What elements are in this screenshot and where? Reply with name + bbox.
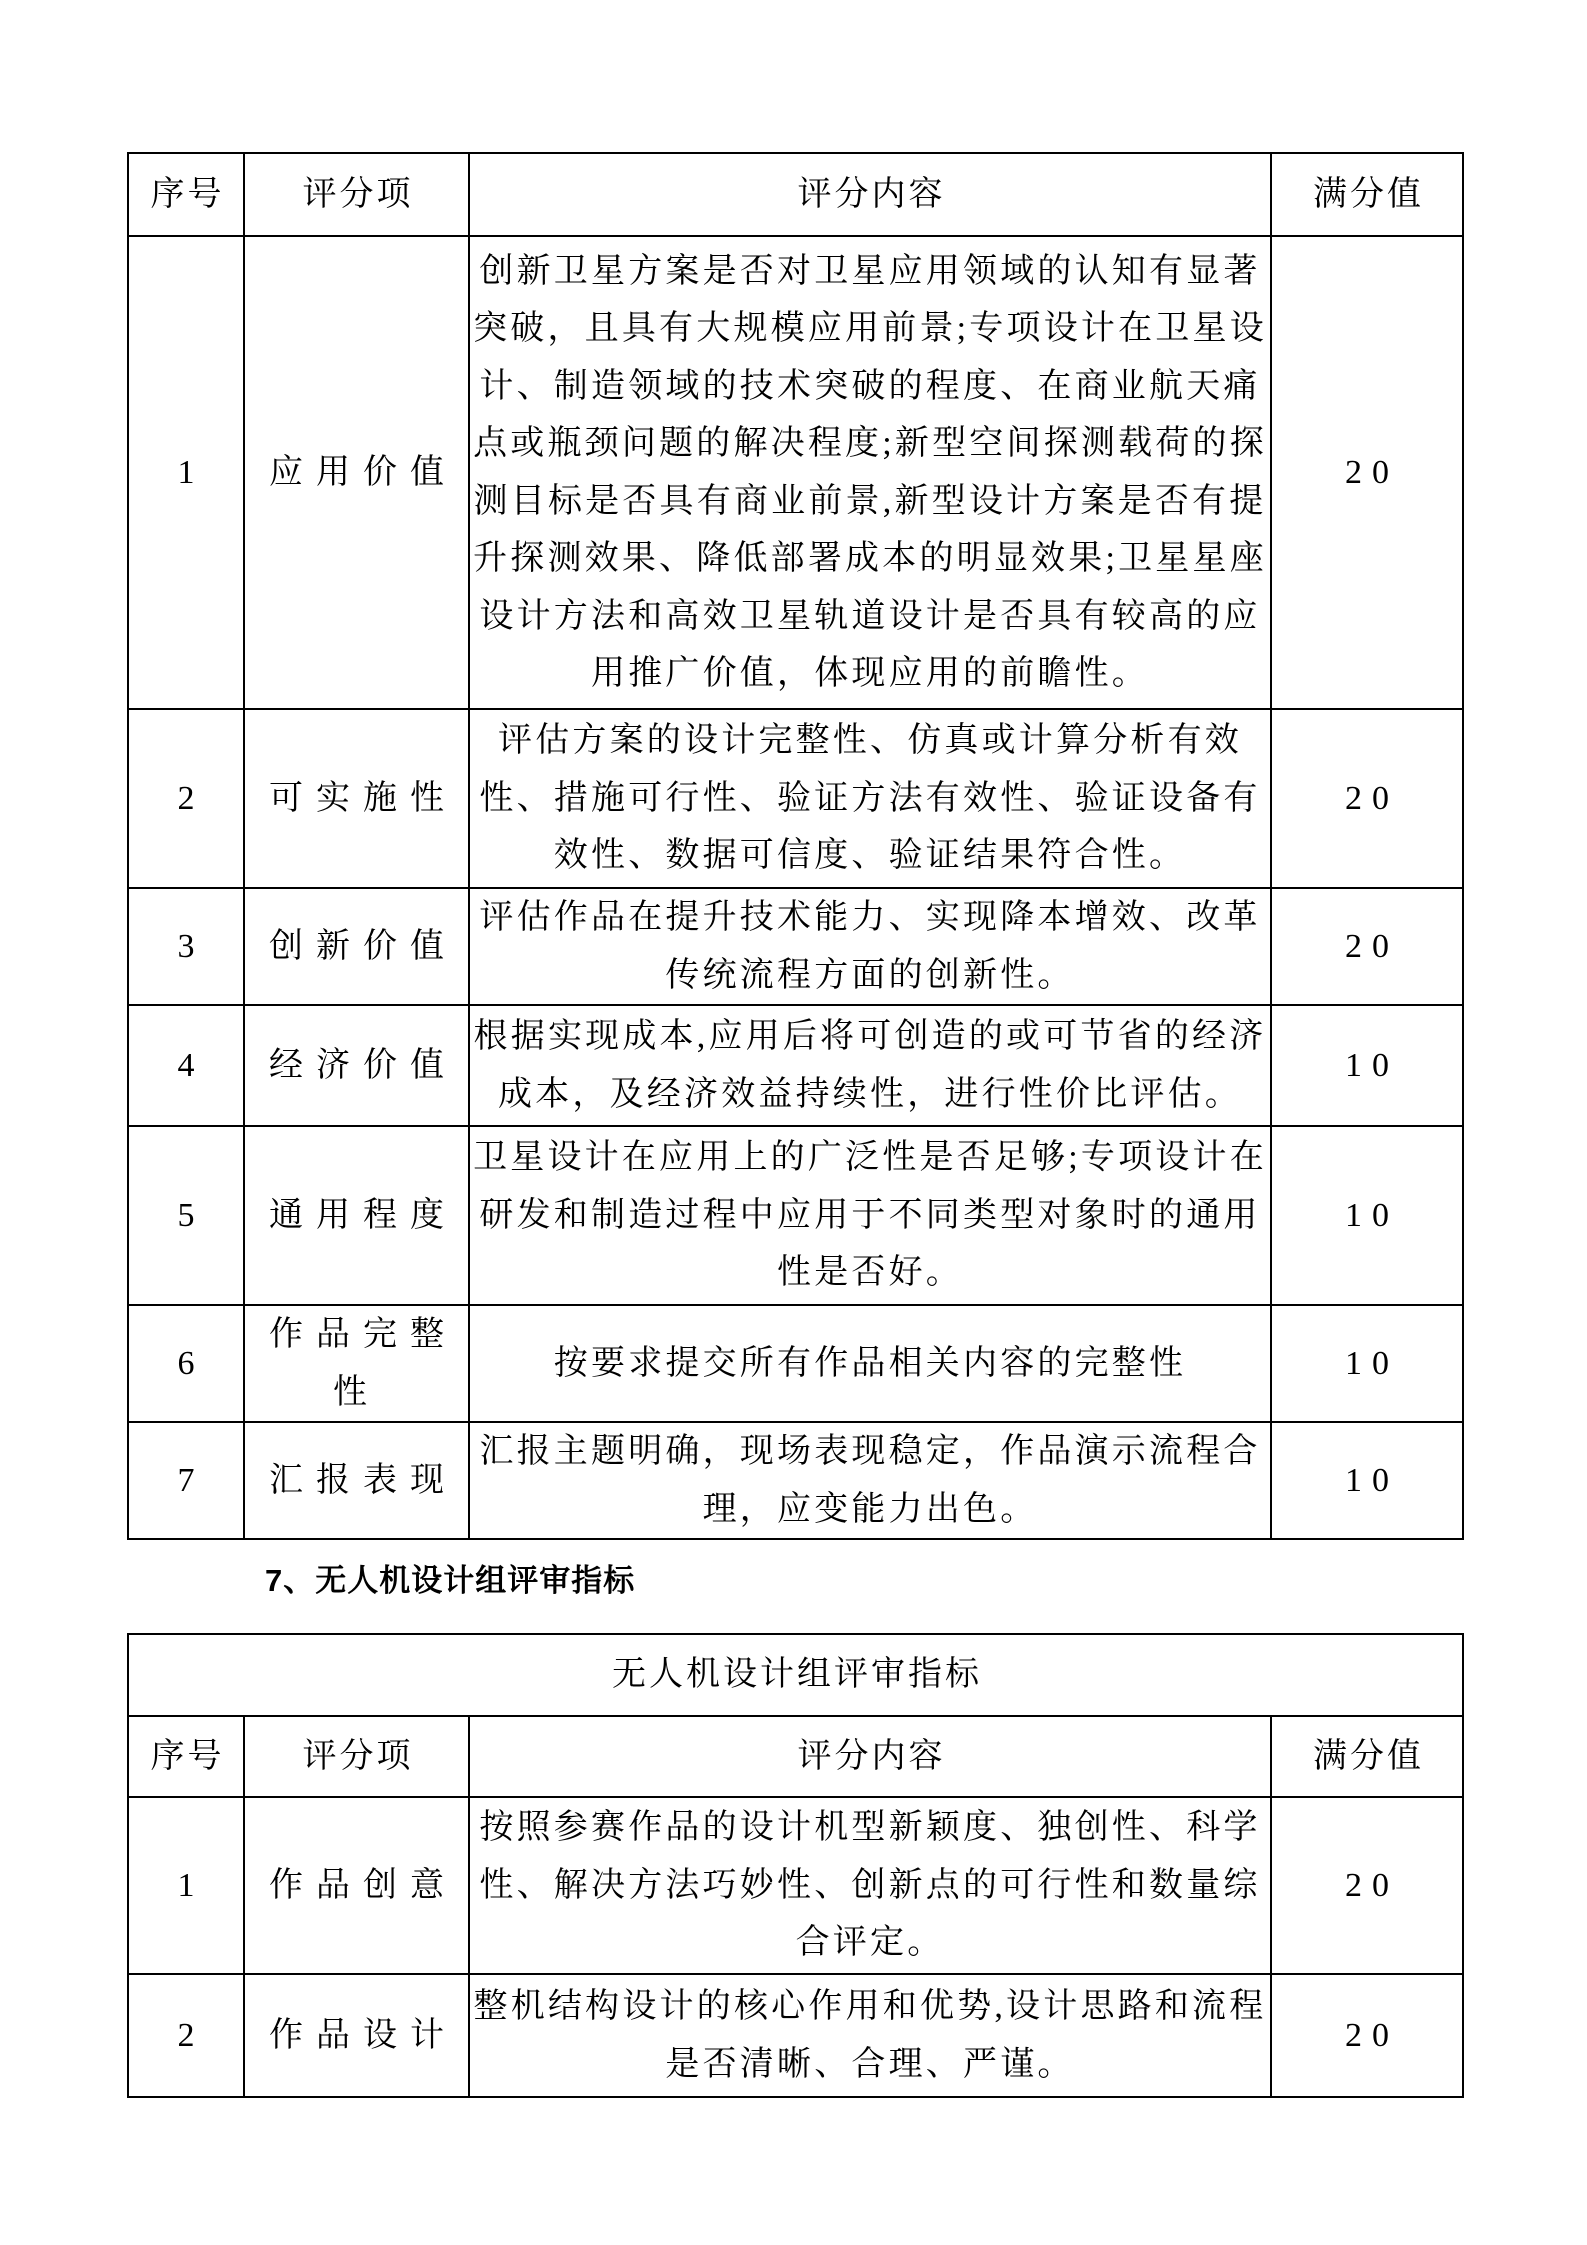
scoring-content-cell: 按要求提交所有作品相关内容的完整性 <box>469 1305 1271 1422</box>
table-header-row: 序号 评分项 评分内容 满分值 <box>128 153 1463 236</box>
header-num: 序号 <box>128 1716 244 1797</box>
scoring-content-cell: 按照参赛作品的设计机型新颖度、独创性、科学性、解决方法巧妙性、创新点的可行性和数… <box>469 1797 1271 1974</box>
scoring-content-cell: 评估作品在提升技术能力、实现降本增效、改革传统流程方面的创新性。 <box>469 888 1271 1005</box>
row-number-cell: 1 <box>128 236 244 709</box>
scoring-item-cell: 作品完整性 <box>244 1305 469 1422</box>
table-row: 1 作品创意 按照参赛作品的设计机型新颖度、独创性、科学性、解决方法巧妙性、创新… <box>128 1797 1463 1974</box>
table-row: 5 通用程度 卫星设计在应用上的广泛性是否足够;专项设计在研发和制造过程中应用于… <box>128 1126 1463 1305</box>
row-number-cell: 1 <box>128 1797 244 1974</box>
uav-score-table: 无人机设计组评审指标 序号 评分项 评分内容 满分值 1 作品创意 按照参赛作品… <box>127 1633 1464 2098</box>
row-number-cell: 4 <box>128 1005 244 1126</box>
max-score-cell: 10 <box>1271 1305 1463 1422</box>
row-number-cell: 2 <box>128 1974 244 2097</box>
scoring-content-cell: 整机结构设计的核心作用和优势,设计思路和流程是否清晰、合理、严谨。 <box>469 1974 1271 2097</box>
scoring-content-cell: 创新卫星方案是否对卫星应用领域的认知有显著突破，且具有大规模应用前景;专项设计在… <box>469 236 1271 709</box>
header-item: 评分项 <box>244 1716 469 1797</box>
header-num: 序号 <box>128 153 244 236</box>
scoring-item-cell: 作品创意 <box>244 1797 469 1974</box>
max-score-cell: 10 <box>1271 1126 1463 1305</box>
table-title: 无人机设计组评审指标 <box>128 1634 1463 1716</box>
table-title-row: 无人机设计组评审指标 <box>128 1634 1463 1716</box>
document-page: 序号 评分项 评分内容 满分值 1 应用价值 创新卫星方案是否对卫星应用领域的认… <box>0 0 1587 2245</box>
scoring-content-cell: 根据实现成本,应用后将可创造的或可节省的经济成本，及经济效益持续性，进行性价比评… <box>469 1005 1271 1126</box>
row-number-cell: 3 <box>128 888 244 1005</box>
table-row: 3 创新价值 评估作品在提升技术能力、实现降本增效、改革传统流程方面的创新性。 … <box>128 888 1463 1005</box>
header-content: 评分内容 <box>469 153 1271 236</box>
row-number-cell: 7 <box>128 1422 244 1539</box>
scoring-item-cell: 可实施性 <box>244 709 469 888</box>
header-score: 满分值 <box>1271 153 1463 236</box>
table-row: 1 应用价值 创新卫星方案是否对卫星应用领域的认知有显著突破，且具有大规模应用前… <box>128 236 1463 709</box>
table-header-row: 序号 评分项 评分内容 满分值 <box>128 1716 1463 1797</box>
scoring-item-cell: 经济价值 <box>244 1005 469 1126</box>
table-row: 2 作品设计 整机结构设计的核心作用和优势,设计思路和流程是否清晰、合理、严谨。… <box>128 1974 1463 2097</box>
scoring-item-cell: 应用价值 <box>244 236 469 709</box>
row-number-cell: 2 <box>128 709 244 888</box>
row-number-cell: 5 <box>128 1126 244 1305</box>
max-score-cell: 20 <box>1271 709 1463 888</box>
max-score-cell: 20 <box>1271 888 1463 1005</box>
max-score-cell: 20 <box>1271 236 1463 709</box>
max-score-cell: 20 <box>1271 1797 1463 1974</box>
score-table-1: 序号 评分项 评分内容 满分值 1 应用价值 创新卫星方案是否对卫星应用领域的认… <box>127 152 1464 1540</box>
scoring-content-cell: 评估方案的设计完整性、仿真或计算分析有效性、措施可行性、验证方法有效性、验证设备… <box>469 709 1271 888</box>
table-row: 6 作品完整性 按要求提交所有作品相关内容的完整性 10 <box>128 1305 1463 1422</box>
row-number-cell: 6 <box>128 1305 244 1422</box>
table-row: 4 经济价值 根据实现成本,应用后将可创造的或可节省的经济成本，及经济效益持续性… <box>128 1005 1463 1126</box>
section-heading: 7、无人机设计组评审指标 <box>265 1558 1587 1603</box>
max-score-cell: 20 <box>1271 1974 1463 2097</box>
max-score-cell: 10 <box>1271 1422 1463 1539</box>
header-content: 评分内容 <box>469 1716 1271 1797</box>
header-item: 评分项 <box>244 153 469 236</box>
max-score-cell: 10 <box>1271 1005 1463 1126</box>
scoring-item-cell: 汇报表现 <box>244 1422 469 1539</box>
scoring-item-cell: 作品设计 <box>244 1974 469 2097</box>
header-score: 满分值 <box>1271 1716 1463 1797</box>
scoring-content-cell: 汇报主题明确，现场表现稳定，作品演示流程合理，应变能力出色。 <box>469 1422 1271 1539</box>
scoring-content-cell: 卫星设计在应用上的广泛性是否足够;专项设计在研发和制造过程中应用于不同类型对象时… <box>469 1126 1271 1305</box>
scoring-item-cell: 创新价值 <box>244 888 469 1005</box>
table-row: 2 可实施性 评估方案的设计完整性、仿真或计算分析有效性、措施可行性、验证方法有… <box>128 709 1463 888</box>
scoring-item-cell: 通用程度 <box>244 1126 469 1305</box>
table-row: 7 汇报表现 汇报主题明确，现场表现稳定，作品演示流程合理，应变能力出色。 10 <box>128 1422 1463 1539</box>
